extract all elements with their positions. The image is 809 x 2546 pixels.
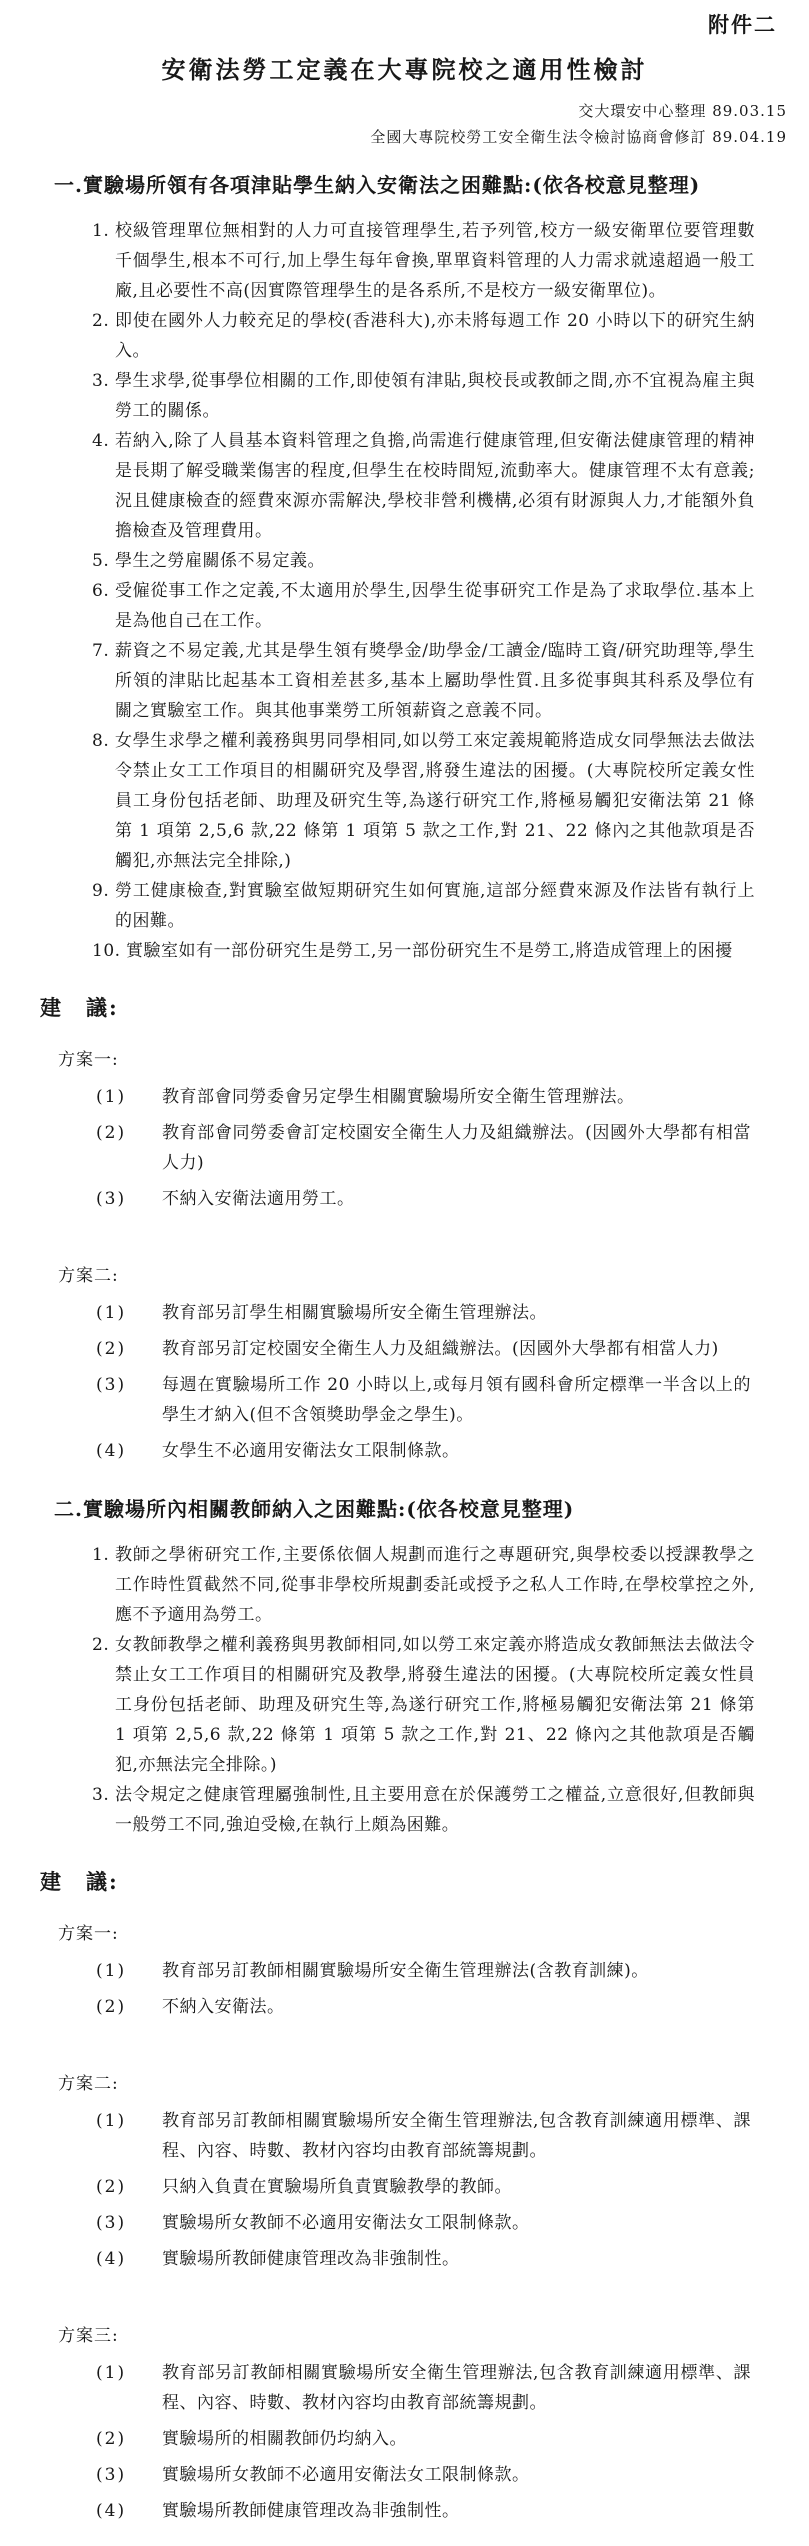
item-number: 8. — [92, 726, 109, 756]
plan-group-2-2: 方案二: (1) 教育部另訂教師相關實驗場所安全衛生管理辦法,包含教育訓練適用標… — [18, 2070, 791, 2274]
document-page: 附件二 安衛法勞工定義在大專院校之適用性檢討 交大環安中心整理 89.03.15… — [0, 0, 809, 2546]
list-item: 5. 學生之勞雇關係不易定義。 — [92, 546, 755, 576]
plan-label: 方案一: — [58, 1920, 791, 1948]
plan-item-number: (2) — [96, 1334, 126, 1364]
plan-label: 方案二: — [58, 1262, 791, 1290]
item-number: 3. — [92, 366, 109, 396]
list-item: 2. 即使在國外人力較充足的學校(香港科大),亦未將每週工作 20 小時以下的研… — [92, 306, 755, 366]
item-text: 勞工健康檢查,對實驗室做短期研究生如何實施,這部分經費來源及作法皆有執行上的困難… — [115, 881, 755, 931]
list-item: 6. 受僱從事工作之定義,不太適用於學生,因學生從事研究工作是為了求取學位.基本… — [92, 576, 755, 636]
list-item: 3. 學生求學,從事學位相關的工作,即使領有津貼,與校長或教師之間,亦不宜視為雇… — [92, 366, 755, 426]
plan-item-number: (1) — [96, 1298, 126, 1328]
plan-item-text: 實驗場所的相關教師仍均納入。 — [162, 2429, 407, 2449]
plan-item-text: 教育部另訂教師相關實驗場所安全衛生管理辦法,包含教育訓練適用標準、課程、內容、時… — [162, 2111, 751, 2161]
item-text: 女學生求學之權利義務與男同學相同,如以勞工來定義規範將造成女同學無法去做法令禁止… — [115, 731, 755, 871]
plan-item-text: 教育部會同勞委會訂定校園安全衛生人力及組織辦法。(因國外大學都有相當人力) — [162, 1123, 751, 1173]
plan-item-number: (2) — [96, 2172, 126, 2202]
item-text: 即使在國外人力較充足的學校(香港科大),亦未將每週工作 20 小時以下的研究生納… — [115, 311, 755, 361]
plan-item-list: (1) 教育部另訂教師相關實驗場所安全衛生管理辦法,包含教育訓練適用標準、課程、… — [96, 2106, 751, 2274]
plan-item-text: 每週在實驗場所工作 20 小時以上,或每月領有國科會所定標準一半含以上的學生才納… — [162, 1375, 751, 1425]
plan-item: (4) 實驗場所教師健康管理改為非強制性。 — [96, 2244, 751, 2274]
plan-item-list: (1) 教育部另訂教師相關實驗場所安全衛生管理辦法(含教育訓練)。 (2) 不納… — [96, 1956, 751, 2022]
plan-item: (3) 不納入安衛法適用勞工。 — [96, 1184, 751, 1214]
plan-item-text: 教育部另訂教師相關實驗場所安全衛生管理辦法,包含教育訓練適用標準、課程、內容、時… — [162, 2363, 751, 2413]
plan-item-number: (4) — [96, 2496, 126, 2526]
item-number: 5. — [92, 546, 109, 576]
plan-item-number: (1) — [96, 1956, 126, 1986]
plan-item: (3) 實驗場所女教師不必適用安衛法女工限制條款。 — [96, 2208, 751, 2238]
item-number: 7. — [92, 636, 109, 666]
item-text: 實驗室如有一部份研究生是勞工,另一部份研究生不是勞工,將造成管理上的困擾 — [126, 941, 733, 961]
list-item: 4. 若納入,除了人員基本資料管理之負擔,尚需進行健康管理,但安衛法健康管理的精… — [92, 426, 755, 546]
plan-item: (4) 實驗場所教師健康管理改為非強制性。 — [96, 2496, 751, 2526]
plan-item-number: (2) — [96, 2424, 126, 2454]
plan-item-number: (4) — [96, 2244, 126, 2274]
doc-byline: 交大環安中心整理 89.03.15 — [18, 98, 791, 124]
list-item: 7. 薪資之不易定義,尤其是學生領有獎學金/助學金/工讀金/臨時工資/研究助理等… — [92, 636, 755, 726]
plan-item: (1) 教育部另訂教師相關實驗場所安全衛生管理辦法(含教育訓練)。 — [96, 1956, 751, 1986]
item-text: 教師之學術研究工作,主要係依個人規劃而進行之專題研究,與學校委以授課教學之工作時… — [115, 1545, 755, 1625]
section2-suggestion-heading: 建 議: — [40, 1866, 791, 1898]
plan-group-1-1: 方案一: (1) 教育部會同勞委會另定學生相關實驗場所安全衛生管理辦法。 (2)… — [18, 1046, 791, 1214]
plan-item-number: (2) — [96, 1118, 126, 1148]
plan-item-list: (1) 教育部另訂學生相關實驗場所安全衛生管理辦法。 (2) 教育部另訂定校園安… — [96, 1298, 751, 1466]
plan-item: (1) 教育部另訂學生相關實驗場所安全衛生管理辦法。 — [96, 1298, 751, 1328]
plan-item-text: 實驗場所女教師不必適用安衛法女工限制條款。 — [162, 2465, 530, 2485]
plan-item-text: 不納入安衛法。 — [162, 1997, 285, 2017]
item-text: 薪資之不易定義,尤其是學生領有獎學金/助學金/工讀金/臨時工資/研究助理等,學生… — [115, 641, 755, 721]
list-item: 8. 女學生求學之權利義務與男同學相同,如以勞工來定義規範將造成女同學無法去做法… — [92, 726, 755, 876]
plan-item-text: 教育部另訂教師相關實驗場所安全衛生管理辦法(含教育訓練)。 — [162, 1961, 649, 1981]
list-item: 1. 校級管理單位無相對的人力可直接管理學生,若予列管,校方一級安衛單位要管理數… — [92, 216, 755, 306]
plan-item: (3) 實驗場所女教師不必適用安衛法女工限制條款。 — [96, 2460, 751, 2490]
list-item: 2. 女教師教學之權利義務與男教師相同,如以勞工來定義亦將造成女教師無法去做法令… — [92, 1630, 755, 1780]
list-item: 3. 法令規定之健康管理屬強制性,且主要用意在於保護勞工之權益,立意很好,但教師… — [92, 1780, 755, 1840]
item-number: 2. — [92, 1630, 109, 1660]
plan-item: (2) 不納入安衛法。 — [96, 1992, 751, 2022]
plan-item: (2) 實驗場所的相關教師仍均納入。 — [96, 2424, 751, 2454]
plan-item: (3) 每週在實驗場所工作 20 小時以上,或每月領有國科會所定標準一半含以上的… — [96, 1370, 751, 1430]
item-number: 10. — [92, 936, 121, 966]
plan-item-text: 教育部另訂定校園安全衛生人力及組織辦法。(因國外大學都有相當人力) — [162, 1339, 719, 1359]
plan-item-text: 實驗場所女教師不必適用安衛法女工限制條款。 — [162, 2213, 530, 2233]
plan-group-2-3: 方案三: (1) 教育部另訂教師相關實驗場所安全衛生管理辦法,包含教育訓練適用標… — [18, 2322, 791, 2526]
list-item: 10. 實驗室如有一部份研究生是勞工,另一部份研究生不是勞工,將造成管理上的困擾 — [92, 936, 755, 966]
plan-item: (1) 教育部另訂教師相關實驗場所安全衛生管理辦法,包含教育訓練適用標準、課程、… — [96, 2358, 751, 2418]
plan-item-number: (2) — [96, 1992, 126, 2022]
list-item: 1. 教師之學術研究工作,主要係依個人規劃而進行之專題研究,與學校委以授課教學之… — [92, 1540, 755, 1630]
plan-item-text: 不納入安衛法適用勞工。 — [162, 1189, 355, 1209]
plan-group-2-1: 方案一: (1) 教育部另訂教師相關實驗場所安全衛生管理辦法(含教育訓練)。 (… — [18, 1920, 791, 2022]
plan-item: (2) 只納入負責在實驗場所負責實驗教學的教師。 — [96, 2172, 751, 2202]
plan-item: (1) 教育部另訂教師相關實驗場所安全衛生管理辦法,包含教育訓練適用標準、課程、… — [96, 2106, 751, 2166]
plan-item: (2) 教育部會同勞委會訂定校園安全衛生人力及組織辦法。(因國外大學都有相當人力… — [96, 1118, 751, 1178]
plan-item-number: (3) — [96, 2208, 126, 2238]
item-text: 法令規定之健康管理屬強制性,且主要用意在於保護勞工之權益,立意很好,但教師與一般… — [115, 1785, 755, 1835]
plan-item-text: 實驗場所教師健康管理改為非強制性。 — [162, 2249, 460, 2269]
item-number: 1. — [92, 1540, 109, 1570]
plan-item-number: (3) — [96, 2460, 126, 2490]
section2-item-list: 1. 教師之學術研究工作,主要係依個人規劃而進行之專題研究,與學校委以授課教學之… — [92, 1540, 755, 1840]
plan-item: (1) 教育部會同勞委會另定學生相關實驗場所安全衛生管理辦法。 — [96, 1082, 751, 1112]
plan-item-text: 教育部另訂學生相關實驗場所安全衛生管理辦法。 — [162, 1303, 547, 1323]
item-number: 1. — [92, 216, 109, 246]
item-text: 若納入,除了人員基本資料管理之負擔,尚需進行健康管理,但安衛法健康管理的精神是長… — [115, 431, 755, 541]
section1-suggestion-heading: 建 議: — [40, 992, 791, 1024]
plan-item-number: (1) — [96, 2106, 126, 2136]
item-text: 學生求學,從事學位相關的工作,即使領有津貼,與校長或教師之間,亦不宜視為雇主與勞… — [115, 371, 755, 421]
item-number: 6. — [92, 576, 109, 606]
plan-item: (2) 教育部另訂定校園安全衛生人力及組織辦法。(因國外大學都有相當人力) — [96, 1334, 751, 1364]
item-text: 校級管理單位無相對的人力可直接管理學生,若予列管,校方一級安衛單位要管理數千個學… — [115, 221, 755, 301]
item-number: 2. — [92, 306, 109, 336]
plan-item: (4) 女學生不必適用安衛法女工限制條款。 — [96, 1436, 751, 1466]
plan-label: 方案三: — [58, 2322, 791, 2350]
list-item: 9. 勞工健康檢查,對實驗室做短期研究生如何實施,這部分經費來源及作法皆有執行上… — [92, 876, 755, 936]
plan-item-number: (1) — [96, 2358, 126, 2388]
plan-item-list: (1) 教育部另訂教師相關實驗場所安全衛生管理辦法,包含教育訓練適用標準、課程、… — [96, 2358, 751, 2526]
plan-item-number: (3) — [96, 1184, 126, 1214]
plan-group-1-2: 方案二: (1) 教育部另訂學生相關實驗場所安全衛生管理辦法。 (2) 教育部另… — [18, 1262, 791, 1466]
item-number: 3. — [92, 1780, 109, 1810]
plan-item-number: (3) — [96, 1370, 126, 1400]
plan-label: 方案一: — [58, 1046, 791, 1074]
plan-label: 方案二: — [58, 2070, 791, 2098]
item-number: 4. — [92, 426, 109, 456]
item-text: 學生之勞雇關係不易定義。 — [115, 551, 325, 571]
section2-heading: 二.實驗場所內相關教師納入之困難點:(依各校意見整理) — [54, 1494, 791, 1524]
plan-item-text: 教育部會同勞委會另定學生相關實驗場所安全衛生管理辦法。 — [162, 1087, 635, 1107]
item-number: 9. — [92, 876, 109, 906]
section1-item-list: 1. 校級管理單位無相對的人力可直接管理學生,若予列管,校方一級安衛單位要管理數… — [92, 216, 755, 966]
plan-item-number: (1) — [96, 1082, 126, 1112]
plan-item-number: (4) — [96, 1436, 126, 1466]
doc-revision-line: 全國大專院校勞工安全衛生法令檢討協商會修訂 89.04.19 — [18, 124, 791, 150]
plan-item-list: (1) 教育部會同勞委會另定學生相關實驗場所安全衛生管理辦法。 (2) 教育部會… — [96, 1082, 751, 1214]
page-title: 安衛法勞工定義在大專院校之適用性檢討 — [18, 54, 791, 86]
plan-item-text: 只納入負責在實驗場所負責實驗教學的教師。 — [162, 2177, 512, 2197]
item-text: 女教師教學之權利義務與男教師相同,如以勞工來定義亦將造成女教師無法去做法令禁止女… — [115, 1635, 755, 1775]
attachment-label: 附件二 — [18, 10, 791, 40]
section1-heading: 一.實驗場所領有各項津貼學生納入安衛法之困難點:(依各校意見整理) — [54, 170, 791, 200]
plan-item-text: 實驗場所教師健康管理改為非強制性。 — [162, 2501, 460, 2521]
item-text: 受僱從事工作之定義,不太適用於學生,因學生從事研究工作是為了求取學位.基本上是為… — [115, 581, 755, 631]
plan-item-text: 女學生不必適用安衛法女工限制條款。 — [162, 1441, 460, 1461]
